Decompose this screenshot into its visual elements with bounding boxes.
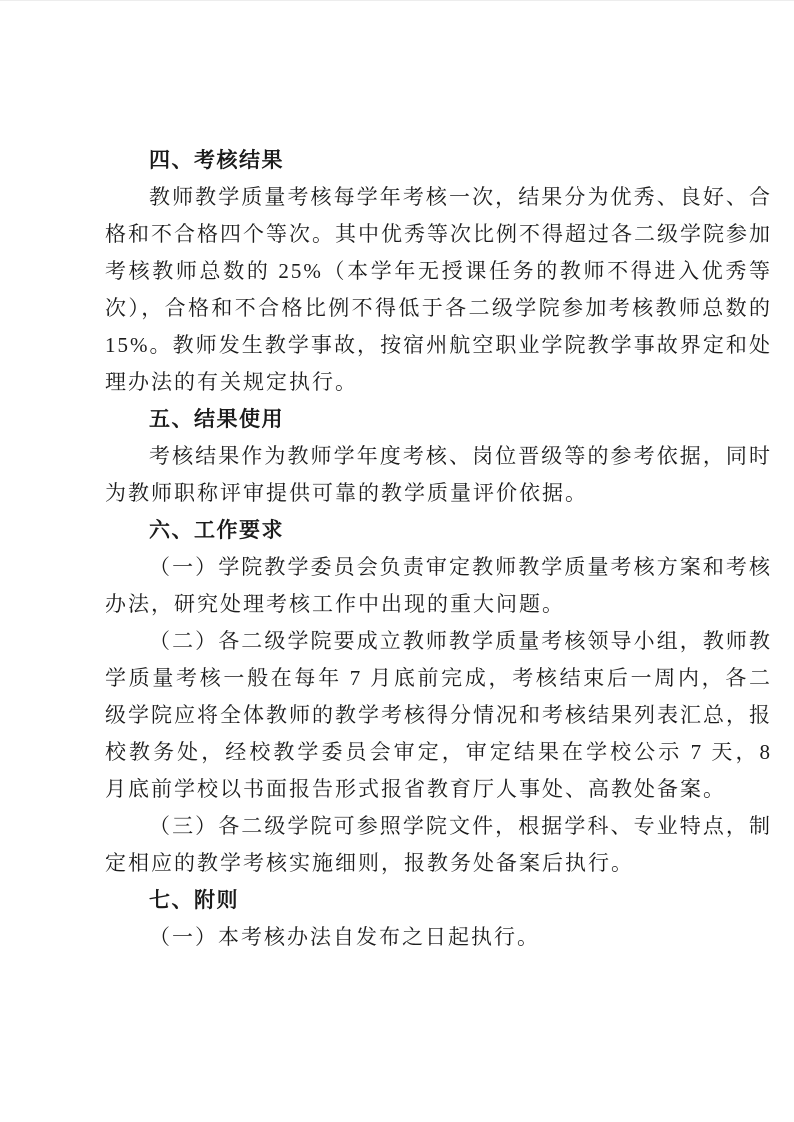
document-page: 四、考核结果 教师教学质量考核每学年考核一次，结果分为优秀、良好、合格和不合格四… bbox=[0, 0, 794, 1122]
document-content: 四、考核结果 教师教学质量考核每学年考核一次，结果分为优秀、良好、合格和不合格四… bbox=[105, 142, 772, 956]
paragraph-work-requirement-2: （二）各二级学院要成立教师教学质量考核领导小组，教师教学质量考核一般在每年 7 … bbox=[105, 623, 772, 808]
paragraph-supplementary-provision-1: （一）本考核办法自发布之日起执行。 bbox=[105, 919, 772, 956]
section-heading-supplementary-provisions: 七、附则 bbox=[105, 882, 772, 919]
section-heading-work-requirements: 六、工作要求 bbox=[105, 512, 772, 549]
section-heading-assessment-results: 四、考核结果 bbox=[105, 142, 772, 179]
paragraph-result-usage: 考核结果作为教师学年度考核、岗位晋级等的参考依据，同时为教师职称评审提供可靠的教… bbox=[105, 438, 772, 512]
paragraph-work-requirement-1: （一）学院教学委员会负责审定教师教学质量考核方案和考核办法，研究处理考核工作中出… bbox=[105, 549, 772, 623]
paragraph-assessment-results: 教师教学质量考核每学年考核一次，结果分为优秀、良好、合格和不合格四个等次。其中优… bbox=[105, 179, 772, 401]
section-heading-result-usage: 五、结果使用 bbox=[105, 401, 772, 438]
paragraph-work-requirement-3: （三）各二级学院可参照学院文件，根据学科、专业特点，制定相应的教学考核实施细则，… bbox=[105, 808, 772, 882]
